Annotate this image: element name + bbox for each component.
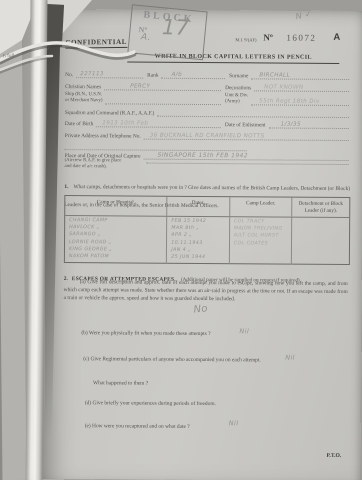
field-ship: Ship (R.N., U.S.N.or Merchant Navy): [65, 92, 221, 105]
enlistment-line[interactable]: 1/3/35: [269, 119, 349, 129]
question-what-happened: What happened to them ?: [93, 379, 148, 387]
field-dob: Date of Birth 1913 10th Feb: [65, 118, 221, 128]
address-line[interactable]: 36 BUCKNALL RD CRANFIELD NOTTS: [144, 131, 349, 141]
question-d: (d) Give briefly your experiences during…: [85, 399, 216, 408]
answer-a: No: [193, 303, 208, 315]
col-camp-leader: Camp Leader.: [230, 197, 293, 216]
ship-line[interactable]: [105, 96, 221, 106]
row-squadron: Squadron and Command (R.A.F., A.A.F.): [65, 107, 349, 118]
cell-leaders[interactable]: COL TRACY MAJOR TRELIVING A/LT COL HURST…: [230, 217, 293, 265]
surname-line[interactable]: BIRCHALL: [251, 70, 349, 80]
camp-entry: NAKOM PATOM: [69, 254, 162, 262]
rank-line[interactable]: A/b: [162, 70, 226, 79]
field-surname: Surname BIRCHALL: [225, 70, 349, 80]
camps-table-body: CHANGI CAMP HAVLOCK „ SARANGO „ LORNIE R…: [65, 216, 349, 265]
cell-block-leaders[interactable]: [292, 218, 349, 266]
answer-e: Nil: [229, 419, 239, 427]
row-dob-enlistment: Date of Birth 1913 10th Feb Date of Enli…: [65, 118, 349, 129]
field-unit-div: Unit & Div.(Army) 55th Regt 18th Div: [221, 93, 349, 106]
row-address: Private Address and Telephone No. 36 BUC…: [65, 130, 349, 141]
squadron-line[interactable]: [157, 108, 349, 118]
unit-div-line[interactable]: 55th Regt 18th Div: [251, 97, 349, 107]
address-label: Private Address and Telephone No.: [65, 133, 144, 140]
col-camp-or-hospital: Camp or Hospital.: [65, 196, 167, 216]
question-b: (b) Were you physically fit when you mad…: [81, 329, 210, 338]
cell-camps[interactable]: CHANGI CAMP HAVLOCK „ SARANGO „ LORNIE R…: [65, 216, 168, 264]
binding-cord-icon: [0, 26, 150, 86]
unit-div-value: 55th Regt 18th Div: [259, 99, 320, 105]
dob-label: Date of Birth: [65, 121, 96, 128]
address-value: 36 BUCKNALL RD CRANFIELD NOTTS: [150, 133, 265, 140]
answer-c: Nil: [285, 354, 295, 362]
capture-line-2[interactable]: [147, 155, 349, 165]
leader-entry: [234, 255, 288, 263]
dob-value: 1913 10th Feb: [102, 120, 148, 126]
series-letter: A: [333, 32, 340, 43]
field-decorations: Decorations NOT KNOWN: [221, 82, 349, 92]
dob-line[interactable]: 1913 10th Feb: [96, 118, 221, 128]
form-ref: M.I. 9/(AF): [235, 37, 256, 44]
enlistment-label: Date of Enlistment: [225, 122, 269, 129]
row-ship-unit: Ship (R.N., U.S.N.or Merchant Navy) Unit…: [65, 92, 349, 106]
pto-label: P.T.O.: [327, 452, 342, 460]
block-entry: [296, 220, 345, 228]
top-right-scribble: N ✓: [295, 9, 313, 21]
stamp-hand-number: 17: [162, 15, 190, 40]
squadron-label: Squadron and Command (R.A.F., A.A.F.): [65, 110, 157, 117]
question-c: (c) Give Regimental particulars of anyon…: [83, 355, 261, 364]
capture-note-2: and date of a/c crash).: [65, 165, 107, 170]
col-block-leader: Detachment or Block Leader (if any).: [292, 198, 349, 217]
decorations-value: NOT KNOWN: [264, 84, 303, 90]
serial-number: 16072: [286, 33, 316, 43]
rank-value: A/b: [172, 72, 183, 78]
col-dates: Dates.: [167, 197, 230, 216]
section-1-number: 1.: [64, 184, 73, 190]
no-sign: Nº: [263, 31, 273, 45]
unit-div-label: Unit & Div.(Army): [225, 93, 251, 105]
answer-b: Nil: [239, 327, 249, 335]
cell-dates[interactable]: FEB 15 1942 MAR 8th „ APR 2 „ 10.11.1943…: [167, 217, 230, 265]
camps-table-header: Camp or Hospital. Dates. Camp Leader. De…: [65, 196, 349, 218]
dates-entry: 25 JUN 1944: [171, 255, 225, 263]
ship-label: Ship (R.N., U.S.N.or Merchant Navy): [65, 92, 106, 105]
left-edge-note: h full: [3, 54, 15, 60]
enlistment-value: 1/3/35: [281, 122, 301, 128]
capture-line-2-wrap: [147, 155, 349, 165]
field-rank: Rank A/b: [143, 70, 225, 80]
decorations-label: Decorations: [225, 85, 254, 92]
surname-label: Surname: [229, 73, 251, 80]
field-enlistment: Date of Enlistment 1/3/35: [221, 119, 349, 129]
decorations-line[interactable]: NOT KNOWN: [254, 82, 349, 92]
camps-table: Camp or Hospital. Dates. Camp Leader. De…: [64, 195, 350, 265]
question-e: (e) How were you recaptured and on what …: [85, 422, 190, 431]
surname-value: BIRCHALL: [259, 72, 290, 78]
question-a: (a) Give full description and approx. da…: [64, 278, 348, 304]
